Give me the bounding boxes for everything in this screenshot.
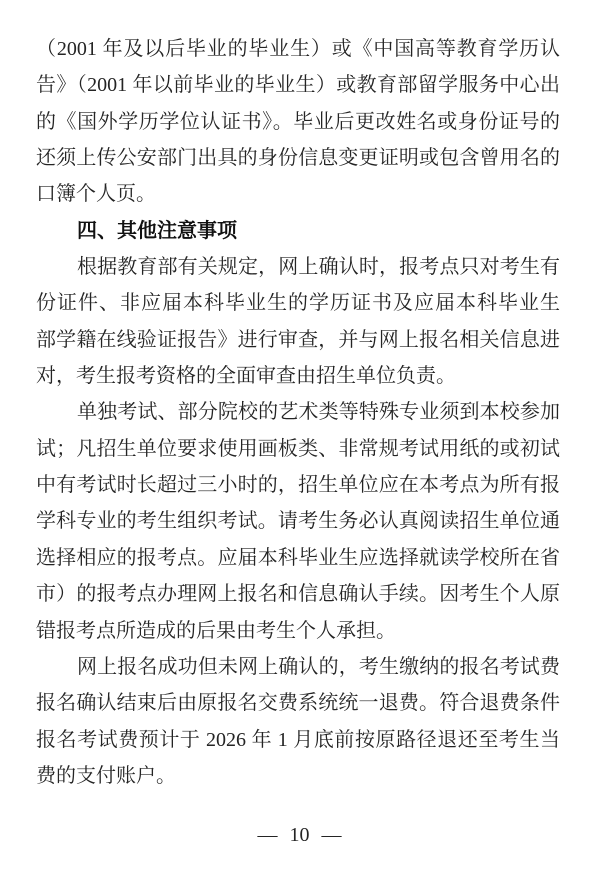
text-line: 根据教育部有关规定，网上确认时，报考点只对考生有效身 [36, 249, 560, 285]
text-line: 选择相应的报考点。应届本科毕业生应选择就读学校所在省（区、 [36, 540, 560, 576]
text-line: 对，考生报考资格的全面审查由招生单位负责。 [36, 358, 560, 394]
text-line: 单独考试、部分院校的艺术类等特殊专业须到本校参加考 [36, 394, 560, 430]
text-line: 份证件、非应届本科毕业生的学历证书及应届本科毕业生《教育 [36, 285, 560, 321]
text-line: 部学籍在线验证报告》进行审查，并与网上报名相关信息进行核 [36, 322, 560, 358]
text-line: 中有考试时长超过三小时的，招生单位应在本考点为所有报考该 [36, 467, 560, 503]
text-line: 告》（2001 年以前毕业的毕业生）或教育部留学服务中心出具 [36, 67, 560, 103]
text-line: 市）的报考点办理网上报名和信息确认手续。因考生个人原因选 [36, 576, 560, 612]
text-line: 费的支付账户。 [36, 758, 560, 794]
text-line: 还须上传公安部门出具的身份信息变更证明或包含曾用名的户 [36, 140, 560, 176]
text-line: 的《国外学历学位认证书》。毕业后更改姓名或身份证号的考生， [36, 104, 560, 140]
text-line: 网上报名成功但未网上确认的，考生缴纳的报名考试费将在 [36, 649, 560, 685]
text-line: 报名考试费预计于 2026 年 1 月底前按原路径退还至考生当时交 [36, 722, 560, 758]
text-line: （2001 年及以后毕业的毕业生）或《中国高等教育学历认证报 [36, 31, 560, 67]
document-page: （2001 年及以后毕业的毕业生）或《中国高等教育学历认证报告》（2001 年以… [0, 0, 599, 887]
document-body: （2001 年及以后毕业的毕业生）或《中国高等教育学历认证报告》（2001 年以… [36, 31, 560, 794]
page-footer: — 10 — [0, 824, 599, 847]
section-heading: 四、其他注意事项 [36, 213, 560, 249]
text-line: 试；凡招生单位要求使用画板类、非常规考试用纸的或初试科目 [36, 431, 560, 467]
text-line: 报名确认结束后由原报名交费系统统一退费。符合退费条件的， [36, 685, 560, 721]
text-line: 口簿个人页。 [36, 176, 560, 212]
page-number: — 10 — [258, 824, 342, 846]
text-line: 学科专业的考生组织考试。请考生务必认真阅读招生单位通告， [36, 503, 560, 539]
text-line: 错报考点所造成的后果由考生个人承担。 [36, 613, 560, 649]
